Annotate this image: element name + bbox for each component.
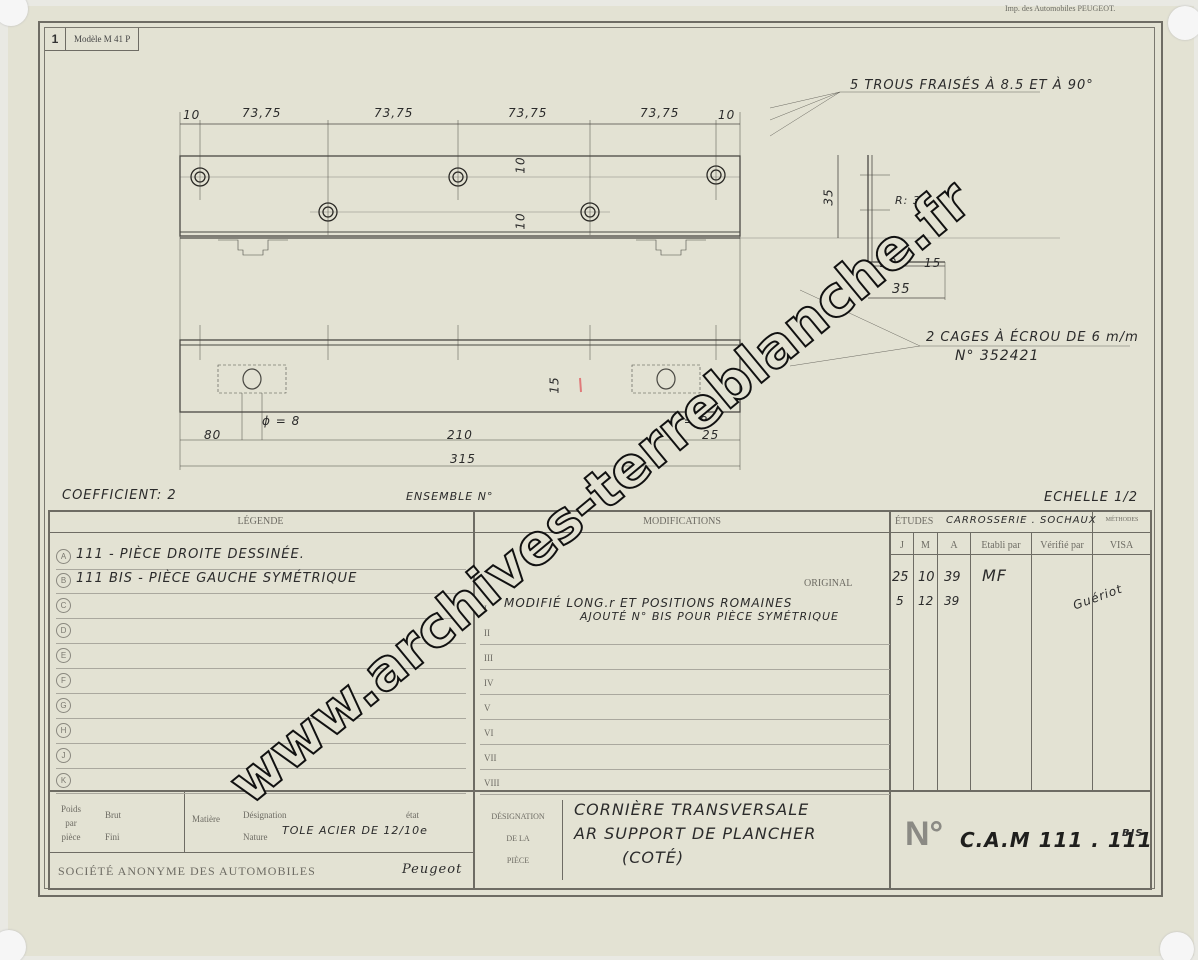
etudes-label: ÉTUDES (895, 516, 933, 527)
brut-label: Brut (105, 810, 121, 820)
modification-row-3: III (480, 645, 890, 670)
row2-a: 39 (944, 594, 959, 608)
legend-row-g: G (56, 694, 466, 719)
row1-m: 10 (918, 570, 935, 585)
piece-designation-label-3: PIÈCE (476, 856, 560, 865)
piece-name-line3: (COTÉ) (622, 848, 684, 867)
dim-top-4: 73,75 (508, 106, 547, 120)
piece-designation-label-2: DE LA (476, 834, 560, 843)
dim-offset-bottom: 10 (514, 212, 528, 229)
etat-label: état (406, 810, 419, 820)
modification-row-7: VII (480, 745, 890, 770)
col-j: J (891, 540, 913, 551)
number-prefix: N° (905, 815, 943, 854)
nature-value: TOLE ACIER DE 12/10e (282, 824, 428, 837)
col-a: A (938, 540, 970, 551)
scale: ECHELLE 1/2 (1044, 490, 1138, 505)
modification-row-6: VI (480, 720, 890, 745)
dim-offset-top: 10 (514, 156, 528, 173)
modification-row-4: IV (480, 670, 890, 695)
holes-note: 5 TROUS FRAISÉS À 8.5 ET À 90° (850, 78, 1094, 93)
row2-j: 5 (896, 594, 904, 608)
piece-name-line2: AR SUPPORT DE PLANCHER (574, 824, 816, 843)
dim-top-2: 73,75 (242, 106, 281, 120)
poids-label: Poids par pièce (56, 802, 86, 844)
col-m: M (914, 540, 937, 551)
etudes-department: CARROSSERIE . SOCHAUX (946, 515, 1097, 526)
matiere-label: Matière (192, 814, 220, 824)
original-label: ORIGINAL (804, 578, 852, 589)
modification-row-1: I MODIFIÉ LONG.r ET POSITIONS ROMAINES A… (480, 596, 890, 620)
modification-row-8: VIII (480, 770, 890, 795)
col-visa: VISA (1093, 540, 1150, 551)
legend-row-b: B111 BIS - PIÈCE GAUCHE SYMÉTRIQUE (56, 569, 466, 594)
dim-top-3: 73,75 (374, 106, 413, 120)
piece-name-line1: CORNIÈRE TRANSVERSALE (574, 800, 809, 819)
company-brand-logo: Peugeot (402, 862, 462, 877)
row1-etabli-signature: MF (982, 566, 1007, 585)
col-verifie: Vérifié par (1032, 540, 1092, 551)
legend-title: LÉGENDE (48, 516, 473, 527)
cages-note-line2: N° 352421 (955, 348, 1039, 364)
col-etabli: Etabli par (971, 540, 1031, 551)
coefficient: COEFFICIENT: 2 (62, 488, 177, 503)
piece-number-suffix: BIS (1122, 828, 1144, 839)
hole-diameter-left: ϕ = 8 (262, 414, 300, 428)
section-height: 35 (822, 188, 836, 205)
company-name: SOCIÉTÉ ANONYME DES AUTOMOBILES (58, 864, 316, 879)
methodes-label: MÉTHODES (1094, 517, 1150, 523)
ensemble-number: ENSEMBLE N° (406, 490, 493, 503)
nature-label: Nature (243, 832, 268, 842)
dim-210: 210 (447, 428, 473, 442)
row1-a: 39 (944, 570, 961, 585)
dim-top-1: 10 (183, 108, 200, 122)
dim-top-6: 10 (718, 108, 735, 122)
dim-top-5: 73,75 (640, 106, 679, 120)
modification-row-5: V (480, 695, 890, 720)
row1-j: 25 (892, 570, 909, 585)
legend-row-a: A111 - PIÈCE DROITE DESSINÉE. (56, 545, 466, 570)
modification-row-2: II (480, 620, 890, 645)
cages-note-line1: 2 CAGES À ÉCROU DE 6 m/m (926, 330, 1139, 345)
row2-m: 12 (918, 594, 933, 608)
bottom-height: 15 (548, 376, 562, 393)
fini-label: Fini (105, 832, 120, 842)
dim-315: 315 (450, 452, 476, 466)
dim-80: 80 (204, 428, 221, 442)
piece-designation-label-1: DÉSIGNATION (476, 812, 560, 821)
